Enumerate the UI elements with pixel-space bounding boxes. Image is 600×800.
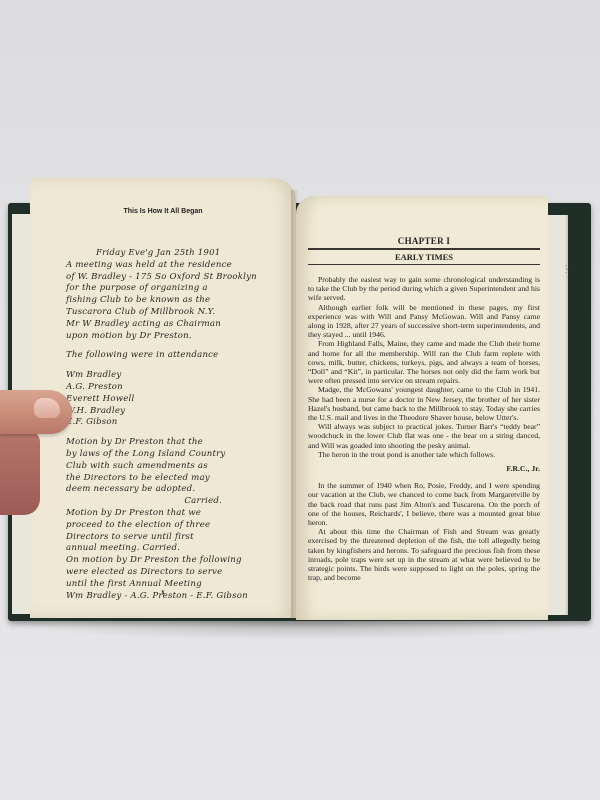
- handwriting-line: A meeting was held at the residence: [66, 260, 292, 272]
- chapter-body: Probably the easiest way to gain some ch…: [308, 275, 540, 583]
- handwritten-minutes: Friday Eve'g Jan 25th 1901 A meeting was…: [66, 248, 292, 658]
- handwriting-line: were elected as Directors to serve: [66, 567, 292, 579]
- paragraph: At about this time the Chairman of Fish …: [308, 527, 540, 582]
- attendee-name: W.H. Bradley: [66, 406, 292, 418]
- page-edge-marking: - / .: [562, 264, 569, 273]
- attendee-name: Wm Bradley: [66, 370, 292, 382]
- handwriting-line: Carried.: [66, 496, 292, 508]
- handwriting-line: fishing Club to be known as the: [66, 295, 292, 307]
- hand-palm: [0, 430, 40, 515]
- handwriting-line: of W. Bradley - 175 So Oxford St Brookly…: [66, 272, 292, 284]
- handwriting-line: deem necessary be adopted.: [66, 484, 292, 496]
- right-page: CHAPTER I EARLY TIMES Probably the easie…: [296, 196, 548, 620]
- paragraph: Although earlier folk will be mentioned …: [308, 303, 540, 340]
- handwriting-line: Motion by Dr Preston that we: [66, 508, 292, 520]
- running-head: This Is How It All Began: [30, 208, 296, 215]
- chapter-label: CHAPTER I: [308, 236, 540, 246]
- handwriting-line: Directors to serve until first: [66, 532, 292, 544]
- rule-top: [308, 248, 540, 250]
- attendee-name: E.F. Gibson: [66, 417, 292, 429]
- handwriting-line: annual meeting. Carried.: [66, 543, 292, 555]
- handwriting-line: upon motion by Dr Preston.: [66, 331, 292, 343]
- page-number: x: [30, 588, 296, 596]
- handwriting-line: the Directors to be elected may: [66, 473, 292, 485]
- paragraph: Probably the easiest way to gain some ch…: [308, 275, 540, 303]
- handwriting-line: proceed to the election of three: [66, 520, 292, 532]
- thumbnail: [34, 398, 60, 418]
- author-signature: F.R.C., Jr.: [308, 464, 540, 473]
- handwriting-line: Motion by Dr Preston that the: [66, 437, 292, 449]
- attendee-name: Everett Howell: [66, 394, 292, 406]
- handwriting-line: for the purpose of organizing a: [66, 283, 292, 295]
- paragraph: The heron in the trout pond is another t…: [308, 450, 540, 459]
- handwriting-line: Friday Eve'g Jan 25th 1901: [66, 248, 292, 260]
- right-page-stack: [546, 215, 568, 615]
- rule-bottom: [308, 264, 540, 266]
- chapter-title: EARLY TIMES: [308, 252, 540, 262]
- attendee-name: A.G. Preston: [66, 382, 292, 394]
- paragraph: Will always was subject to practical jok…: [308, 422, 540, 450]
- chapter-text: CHAPTER I EARLY TIMES Probably the easie…: [308, 236, 540, 583]
- handwriting-line: by laws of the Long Island Country: [66, 449, 292, 461]
- paragraph: Madge, the McGowans' youngest daughter, …: [308, 385, 540, 422]
- paragraph: In the summer of 1940 when Ro, Posie, Fr…: [308, 481, 540, 527]
- handwriting-line: Tuscarora Club of Millbrook N.Y.: [66, 307, 292, 319]
- paragraph: From Highland Falls, Maine, they came an…: [308, 339, 540, 385]
- handwriting-line: Mr W Bradley acting as Chairman: [66, 319, 292, 331]
- handwriting-line: Club with such amendments as: [66, 461, 292, 473]
- left-page: This Is How It All Began Friday Eve'g Ja…: [30, 178, 296, 618]
- handwriting-line: The following were in attendance: [66, 350, 292, 362]
- handwriting-line: On motion by Dr Preston the following: [66, 555, 292, 567]
